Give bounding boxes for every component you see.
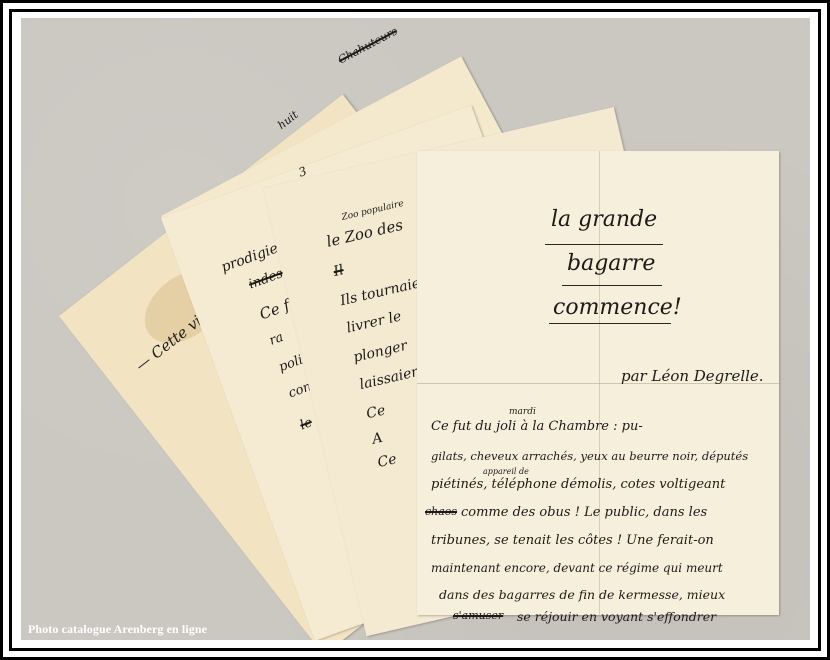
title-line-2: bagarre xyxy=(567,251,655,276)
title-underline xyxy=(545,244,663,245)
page-3-line: le xyxy=(298,415,314,433)
insertion-appareil: appareil de xyxy=(483,467,529,476)
body-line: piétinés, téléphone démolis, cotes volti… xyxy=(431,477,725,492)
page-2-line: le Zoo des xyxy=(325,216,405,251)
manuscript-front-page: la grande bagarre commence! par Léon Deg… xyxy=(417,151,779,615)
body-line: maintenant encore, devant ce régime qui … xyxy=(431,561,723,575)
page-2-line: Il xyxy=(332,262,345,280)
page-2-line: Ce xyxy=(376,451,398,471)
body-line: se réjouir en voyant s'effondrer xyxy=(517,609,716,624)
page-2-line: livrer le xyxy=(345,308,403,336)
byline: par Léon Degrelle. xyxy=(621,367,764,385)
struck-word: s'amuser xyxy=(453,609,503,622)
page-2-line: A xyxy=(371,430,384,448)
body-line: gilats, cheveux arrachés, yeux au beurre… xyxy=(431,449,748,463)
title-line-1: la grande xyxy=(551,207,657,232)
insertion-mardi: mardi xyxy=(509,407,536,417)
photo-credit-caption: Photo catalogue Arenberg en ligne xyxy=(28,622,207,637)
photo: huit — Cette vieille carcasse la caravan… xyxy=(21,18,810,640)
body-line: tribunes, se tenait les côtes ! Une fera… xyxy=(431,533,714,548)
page-2-line: Ce xyxy=(365,402,387,422)
title-underline xyxy=(549,323,671,324)
body-line: Ce fut du joli à la Chambre : pu- xyxy=(431,419,643,434)
page-2-line: plonger xyxy=(352,338,409,366)
page-4-fragment: Chahuteurs xyxy=(336,24,400,66)
struck-word: chaos xyxy=(425,505,457,518)
page-5-fragment: huit xyxy=(275,108,300,132)
page-3-line: ra xyxy=(267,330,285,349)
body-line: dans des bagarres de fin de kermesse, mi… xyxy=(439,587,725,602)
title-line-3: commence! xyxy=(553,295,682,320)
title-underline xyxy=(562,285,662,286)
body-line: comme des obus ! Le public, dans les xyxy=(461,505,707,520)
